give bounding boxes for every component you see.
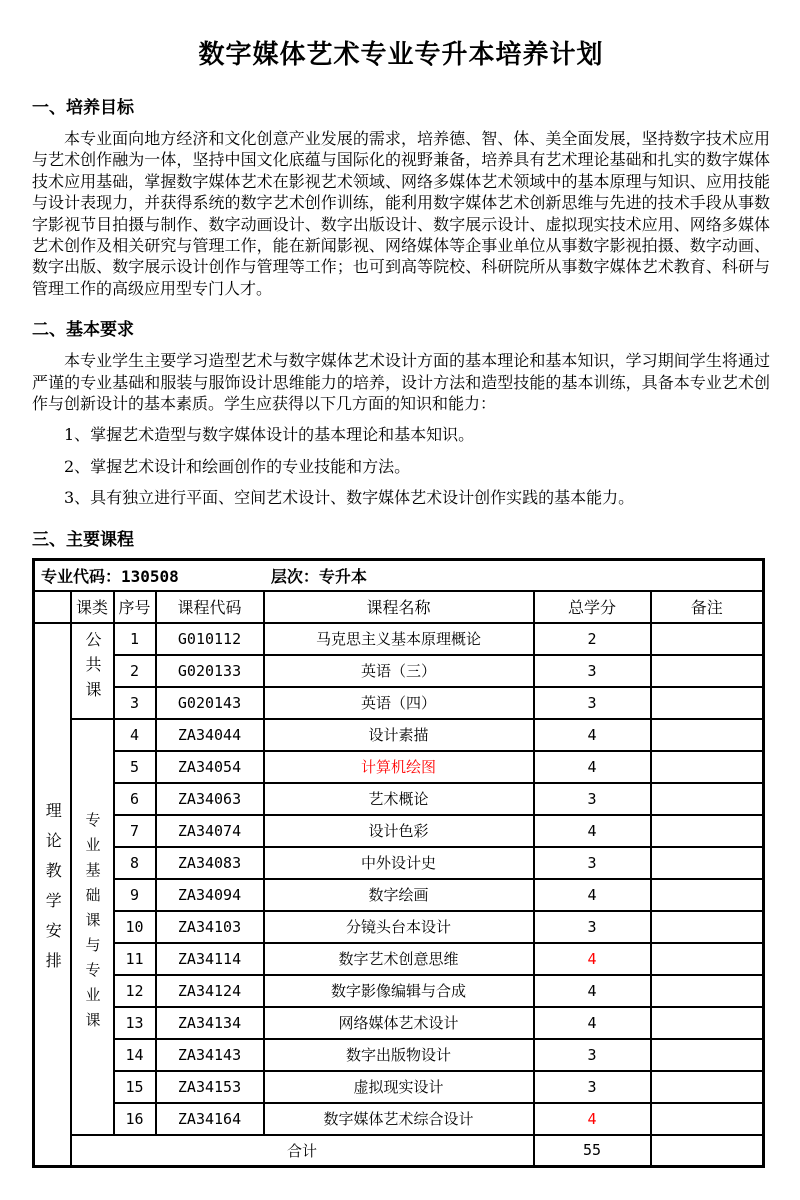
course-no-cell: 7 (114, 815, 156, 847)
course-name-cell: 数字绘画 (264, 879, 534, 911)
course-no-cell: 10 (114, 911, 156, 943)
section1-heading: 一、培养目标 (32, 93, 770, 118)
course-credits-cell: 3 (534, 1071, 651, 1103)
course-remark-cell (651, 719, 764, 751)
course-remark-cell (651, 783, 764, 815)
header-remark: 备注 (651, 591, 764, 623)
group-major-cell: 专业基础课与专业课 (71, 719, 114, 1135)
header-empty-cell (34, 591, 71, 623)
course-remark-cell (651, 623, 764, 655)
course-name-cell: 中外设计史 (264, 847, 534, 879)
course-code-cell: G010112 (156, 623, 264, 655)
group-public-label: 公共课 (84, 631, 100, 706)
course-credits-cell: 4 (534, 1007, 651, 1039)
course-remark-cell (651, 1039, 764, 1071)
course-credits-cell: 3 (534, 783, 651, 815)
major-code-label: 专业代码： (41, 567, 121, 586)
course-remark-cell (651, 1007, 764, 1039)
course-name-cell: 虚拟现实设计 (264, 1071, 534, 1103)
course-row: 15 ZA34153 虚拟现实设计 3 (34, 1071, 764, 1103)
course-no-cell: 12 (114, 975, 156, 1007)
section1-paragraph: 本专业面向地方经济和文化创意产业发展的需求，培养德、智、体、美全面发展，坚持数字… (32, 128, 770, 299)
course-name-cell: 数字出版物设计 (264, 1039, 534, 1071)
course-credits-cell: 4 (534, 975, 651, 1007)
course-remark-cell (651, 1103, 764, 1135)
course-remark-cell (651, 847, 764, 879)
course-row: 7 ZA34074 设计色彩 4 (34, 815, 764, 847)
course-credits-cell: 3 (534, 1039, 651, 1071)
course-remark-cell (651, 1071, 764, 1103)
course-code-cell: ZA34054 (156, 751, 264, 783)
course-name-cell: 计算机绘图 (264, 751, 534, 783)
course-row: 2 G020133 英语（三） 3 (34, 655, 764, 687)
course-code-cell: ZA34114 (156, 943, 264, 975)
course-credits-cell: 4 (534, 943, 651, 975)
course-remark-cell (651, 943, 764, 975)
document-title: 数字媒体艺术专业专升本培养计划 (32, 34, 770, 71)
course-no-cell: 3 (114, 687, 156, 719)
course-name-cell: 设计素描 (264, 719, 534, 751)
section2-paragraph: 本专业学生主要学习造型艺术与数字媒体艺术设计方面的基本理论和基本知识，学习期间学… (32, 350, 770, 414)
section2-heading: 二、基本要求 (32, 315, 770, 340)
row-group-theory-cell: 理论教学安排 (34, 623, 71, 1167)
table-header-row: 课类 序号 课程代码 课程名称 总学分 备注 (34, 591, 764, 623)
row-group-theory-label: 理论教学安排 (44, 802, 60, 982)
course-no-cell: 8 (114, 847, 156, 879)
course-name-cell: 马克思主义基本原理概论 (264, 623, 534, 655)
course-name-cell: 数字媒体艺术综合设计 (264, 1103, 534, 1135)
table-meta-cell: 专业代码：130508层次：专升本 (34, 559, 764, 591)
total-remark-cell (651, 1135, 764, 1167)
course-name-cell: 分镜头台本设计 (264, 911, 534, 943)
header-index: 序号 (114, 591, 156, 623)
course-no-cell: 14 (114, 1039, 156, 1071)
course-name-cell: 设计色彩 (264, 815, 534, 847)
course-row: 11 ZA34114 数字艺术创意思维 4 (34, 943, 764, 975)
section2-item-1: 1、掌握艺术造型与数字媒体设计的基本理论和基本知识。 (32, 424, 770, 445)
document-page: 数字媒体艺术专业专升本培养计划 一、培养目标 本专业面向地方经济和文化创意产业发… (0, 0, 800, 1168)
course-row: 5 ZA34054 计算机绘图 4 (34, 751, 764, 783)
course-credits-cell: 3 (534, 847, 651, 879)
course-row: 12 ZA34124 数字影像编辑与合成 4 (34, 975, 764, 1007)
course-row: 9 ZA34094 数字绘画 4 (34, 879, 764, 911)
course-code-cell: ZA34063 (156, 783, 264, 815)
level-label: 层次： (271, 567, 319, 586)
course-no-cell: 6 (114, 783, 156, 815)
course-code-cell: ZA34134 (156, 1007, 264, 1039)
course-code-cell: ZA34044 (156, 719, 264, 751)
course-no-cell: 13 (114, 1007, 156, 1039)
course-credits-cell: 4 (534, 815, 651, 847)
group-major-label: 专业基础课与专业课 (85, 812, 100, 1037)
course-remark-cell (651, 879, 764, 911)
course-name-cell: 网络媒体艺术设计 (264, 1007, 534, 1039)
course-name-cell: 英语（四） (264, 687, 534, 719)
course-code-cell: ZA34094 (156, 879, 264, 911)
course-name-cell: 数字影像编辑与合成 (264, 975, 534, 1007)
section3-heading: 三、主要课程 (32, 525, 770, 550)
course-table: 专业代码：130508层次：专升本 课类 序号 课程代码 课程名称 总学分 备注… (32, 558, 765, 1168)
header-total-credits: 总学分 (534, 591, 651, 623)
group-public-cell: 公共课 (71, 623, 114, 719)
course-name-cell: 艺术概论 (264, 783, 534, 815)
course-no-cell: 16 (114, 1103, 156, 1135)
section2-item-3: 3、具有独立进行平面、空间艺术设计、数字媒体艺术设计创作实践的基本能力。 (32, 487, 770, 508)
course-remark-cell (651, 751, 764, 783)
course-row: 专业基础课与专业课 4 ZA34044 设计素描 4 (34, 719, 764, 751)
course-name-cell: 英语（三） (264, 655, 534, 687)
course-remark-cell (651, 975, 764, 1007)
course-row: 13 ZA34134 网络媒体艺术设计 4 (34, 1007, 764, 1039)
course-no-cell: 15 (114, 1071, 156, 1103)
course-code-cell: ZA34103 (156, 911, 264, 943)
course-credits-cell: 3 (534, 911, 651, 943)
header-course-name: 课程名称 (264, 591, 534, 623)
total-row: 合计 55 (34, 1135, 764, 1167)
course-code-cell: ZA34124 (156, 975, 264, 1007)
course-code-cell: ZA34083 (156, 847, 264, 879)
course-code-cell: ZA34143 (156, 1039, 264, 1071)
total-credits-cell: 55 (534, 1135, 651, 1167)
course-credits-cell: 2 (534, 623, 651, 655)
course-code-cell: ZA34164 (156, 1103, 264, 1135)
course-no-cell: 1 (114, 623, 156, 655)
course-remark-cell (651, 687, 764, 719)
course-row: 10 ZA34103 分镜头台本设计 3 (34, 911, 764, 943)
course-no-cell: 4 (114, 719, 156, 751)
level-value: 专升本 (319, 567, 367, 586)
course-credits-cell: 3 (534, 655, 651, 687)
course-row: 16 ZA34164 数字媒体艺术综合设计 4 (34, 1103, 764, 1135)
course-row: 6 ZA34063 艺术概论 3 (34, 783, 764, 815)
header-course-type: 课类 (71, 591, 114, 623)
course-no-cell: 11 (114, 943, 156, 975)
course-row: 3 G020143 英语（四） 3 (34, 687, 764, 719)
table-meta-row: 专业代码：130508层次：专升本 (34, 559, 764, 591)
course-remark-cell (651, 655, 764, 687)
course-code-cell: G020133 (156, 655, 264, 687)
course-credits-cell: 4 (534, 879, 651, 911)
course-credits-cell: 3 (534, 687, 651, 719)
course-no-cell: 5 (114, 751, 156, 783)
course-remark-cell (651, 911, 764, 943)
course-row: 14 ZA34143 数字出版物设计 3 (34, 1039, 764, 1071)
course-credits-cell: 4 (534, 751, 651, 783)
course-credits-cell: 4 (534, 1103, 651, 1135)
course-no-cell: 2 (114, 655, 156, 687)
course-code-cell: G020143 (156, 687, 264, 719)
course-code-cell: ZA34153 (156, 1071, 264, 1103)
course-remark-cell (651, 815, 764, 847)
total-label-cell: 合计 (71, 1135, 534, 1167)
section2-item-2: 2、掌握艺术设计和绘画创作的专业技能和方法。 (32, 456, 770, 477)
course-name-cell: 数字艺术创意思维 (264, 943, 534, 975)
course-credits-cell: 4 (534, 719, 651, 751)
major-code-value: 130508 (121, 567, 179, 586)
course-row: 理论教学安排 公共课 1 G010112 马克思主义基本原理概论 2 (34, 623, 764, 655)
course-code-cell: ZA34074 (156, 815, 264, 847)
course-no-cell: 9 (114, 879, 156, 911)
header-course-code: 课程代码 (156, 591, 264, 623)
course-row: 8 ZA34083 中外设计史 3 (34, 847, 764, 879)
